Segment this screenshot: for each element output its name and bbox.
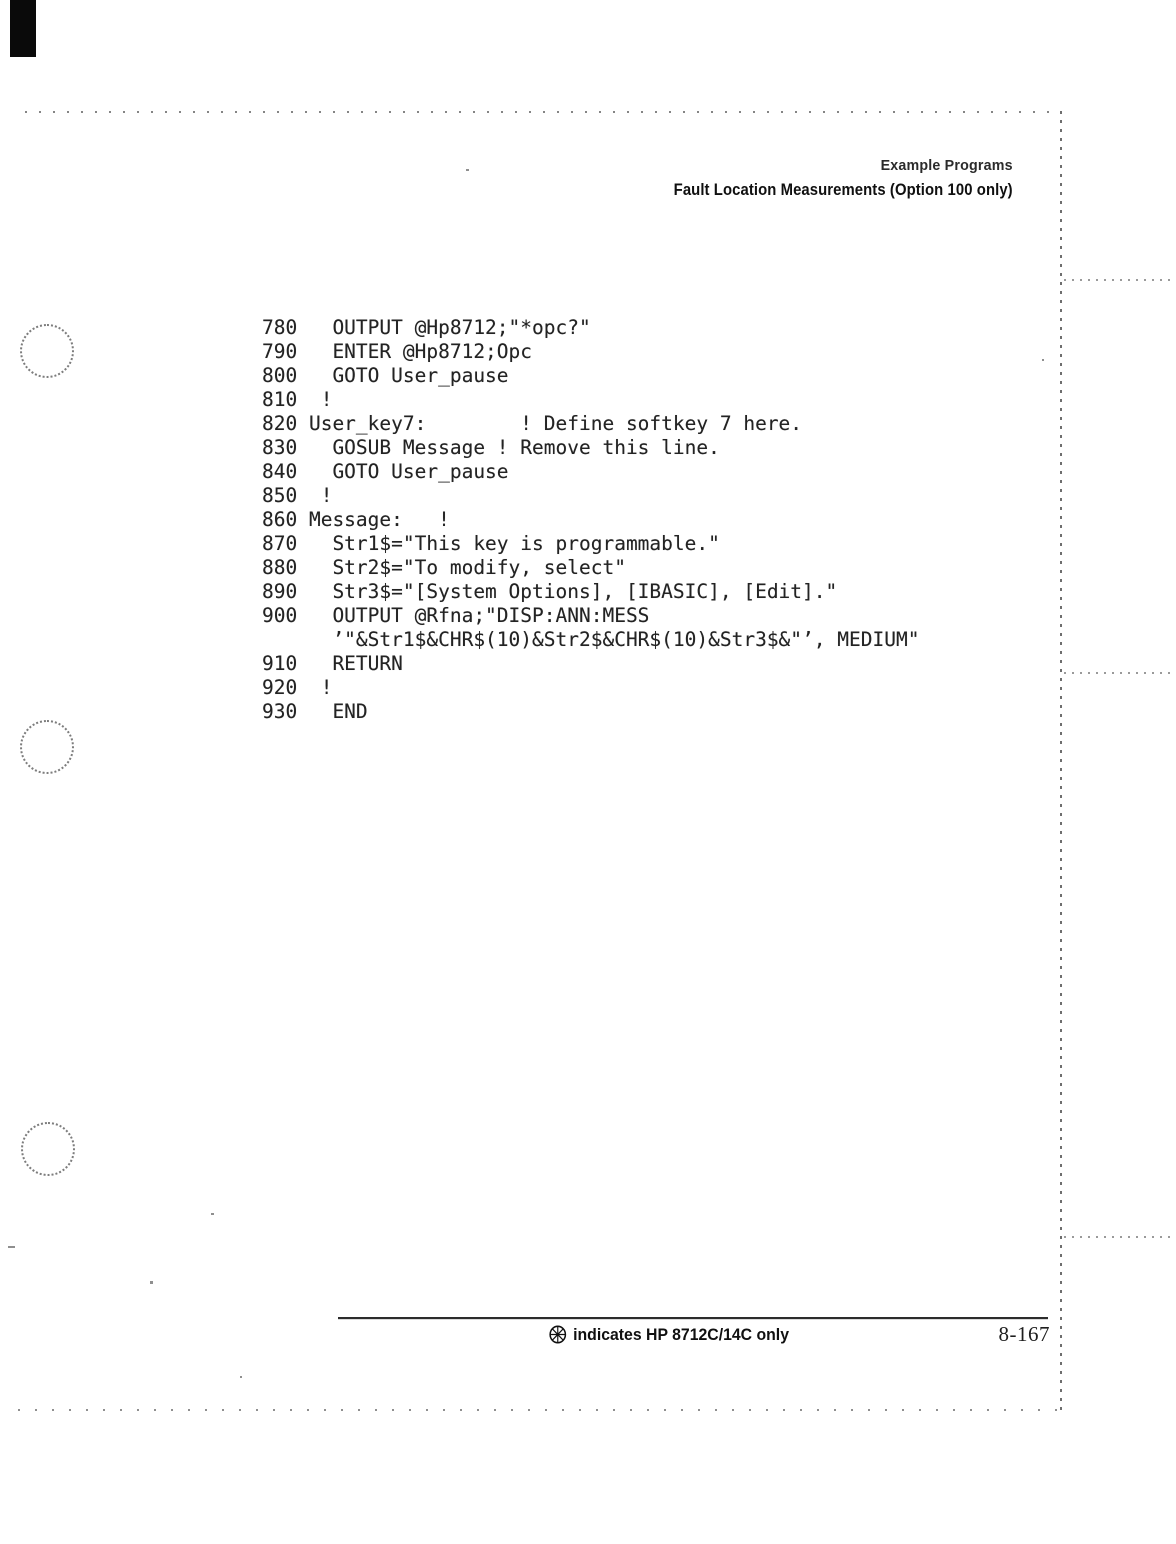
code-line: 860 Message: ! xyxy=(262,508,919,532)
code-line: 820 User_key7: ! Define softkey 7 here. xyxy=(262,412,919,436)
scan-speck xyxy=(8,1246,15,1248)
footer-note-label: indicates HP 8712C/14C only xyxy=(573,1325,789,1345)
code-line: ’"&Str1$&CHR$(10)&Str2$&CHR$(10)&Str3$&"… xyxy=(262,628,919,652)
scan-speck xyxy=(466,169,469,171)
scanned-manual-page: Example Programs Fault Location Measurem… xyxy=(0,0,1176,1544)
code-line: 880 Str2$="To modify, select" xyxy=(262,556,919,580)
code-line: 830 GOSUB Message ! Remove this line. xyxy=(262,436,919,460)
code-line: 920 ! xyxy=(262,676,919,700)
hp-globe-icon xyxy=(548,1324,568,1345)
page-border-bottom xyxy=(18,1409,1064,1411)
chapter-title: Example Programs xyxy=(655,157,1013,174)
scan-speck xyxy=(240,1376,242,1378)
scan-speck xyxy=(211,1213,214,1215)
binder-hole xyxy=(20,324,74,378)
tab-divider-line xyxy=(1064,672,1176,674)
scan-speck xyxy=(150,1281,153,1284)
basic-code-listing: 780 OUTPUT @Hp8712;"*opc?"790 ENTER @Hp8… xyxy=(262,316,919,724)
code-line: 850 ! xyxy=(262,484,919,508)
scan-speck xyxy=(1042,359,1044,361)
footer-note: indicates HP 8712C/14C only xyxy=(548,1324,789,1345)
page-border-right xyxy=(1060,111,1062,1411)
tab-divider-line xyxy=(1064,1236,1176,1238)
tab-divider-line xyxy=(1064,279,1176,281)
page-number: 8-167 xyxy=(978,1322,1050,1347)
scan-corner-mark xyxy=(10,0,36,57)
code-line: 900 OUTPUT @Rfna;"DISP:ANN:MESS xyxy=(262,604,919,628)
code-line: 790 ENTER @Hp8712;Opc xyxy=(262,340,919,364)
code-line: 780 OUTPUT @Hp8712;"*opc?" xyxy=(262,316,919,340)
binder-hole xyxy=(20,720,74,774)
binder-hole xyxy=(21,1122,75,1176)
code-line: 870 Str1$="This key is programmable." xyxy=(262,532,919,556)
code-line: 840 GOTO User_pause xyxy=(262,460,919,484)
code-line: 810 ! xyxy=(262,388,919,412)
page-header: Example Programs Fault Location Measurem… xyxy=(636,157,1013,200)
page-border-top xyxy=(25,111,1062,113)
section-title: Fault Location Measurements (Option 100 … xyxy=(674,181,1013,200)
footer-rule xyxy=(338,1317,1048,1319)
code-line: 890 Str3$="[System Options], [IBASIC], [… xyxy=(262,580,919,604)
code-line: 910 RETURN xyxy=(262,652,919,676)
code-line: 800 GOTO User_pause xyxy=(262,364,919,388)
code-line: 930 END xyxy=(262,700,919,724)
